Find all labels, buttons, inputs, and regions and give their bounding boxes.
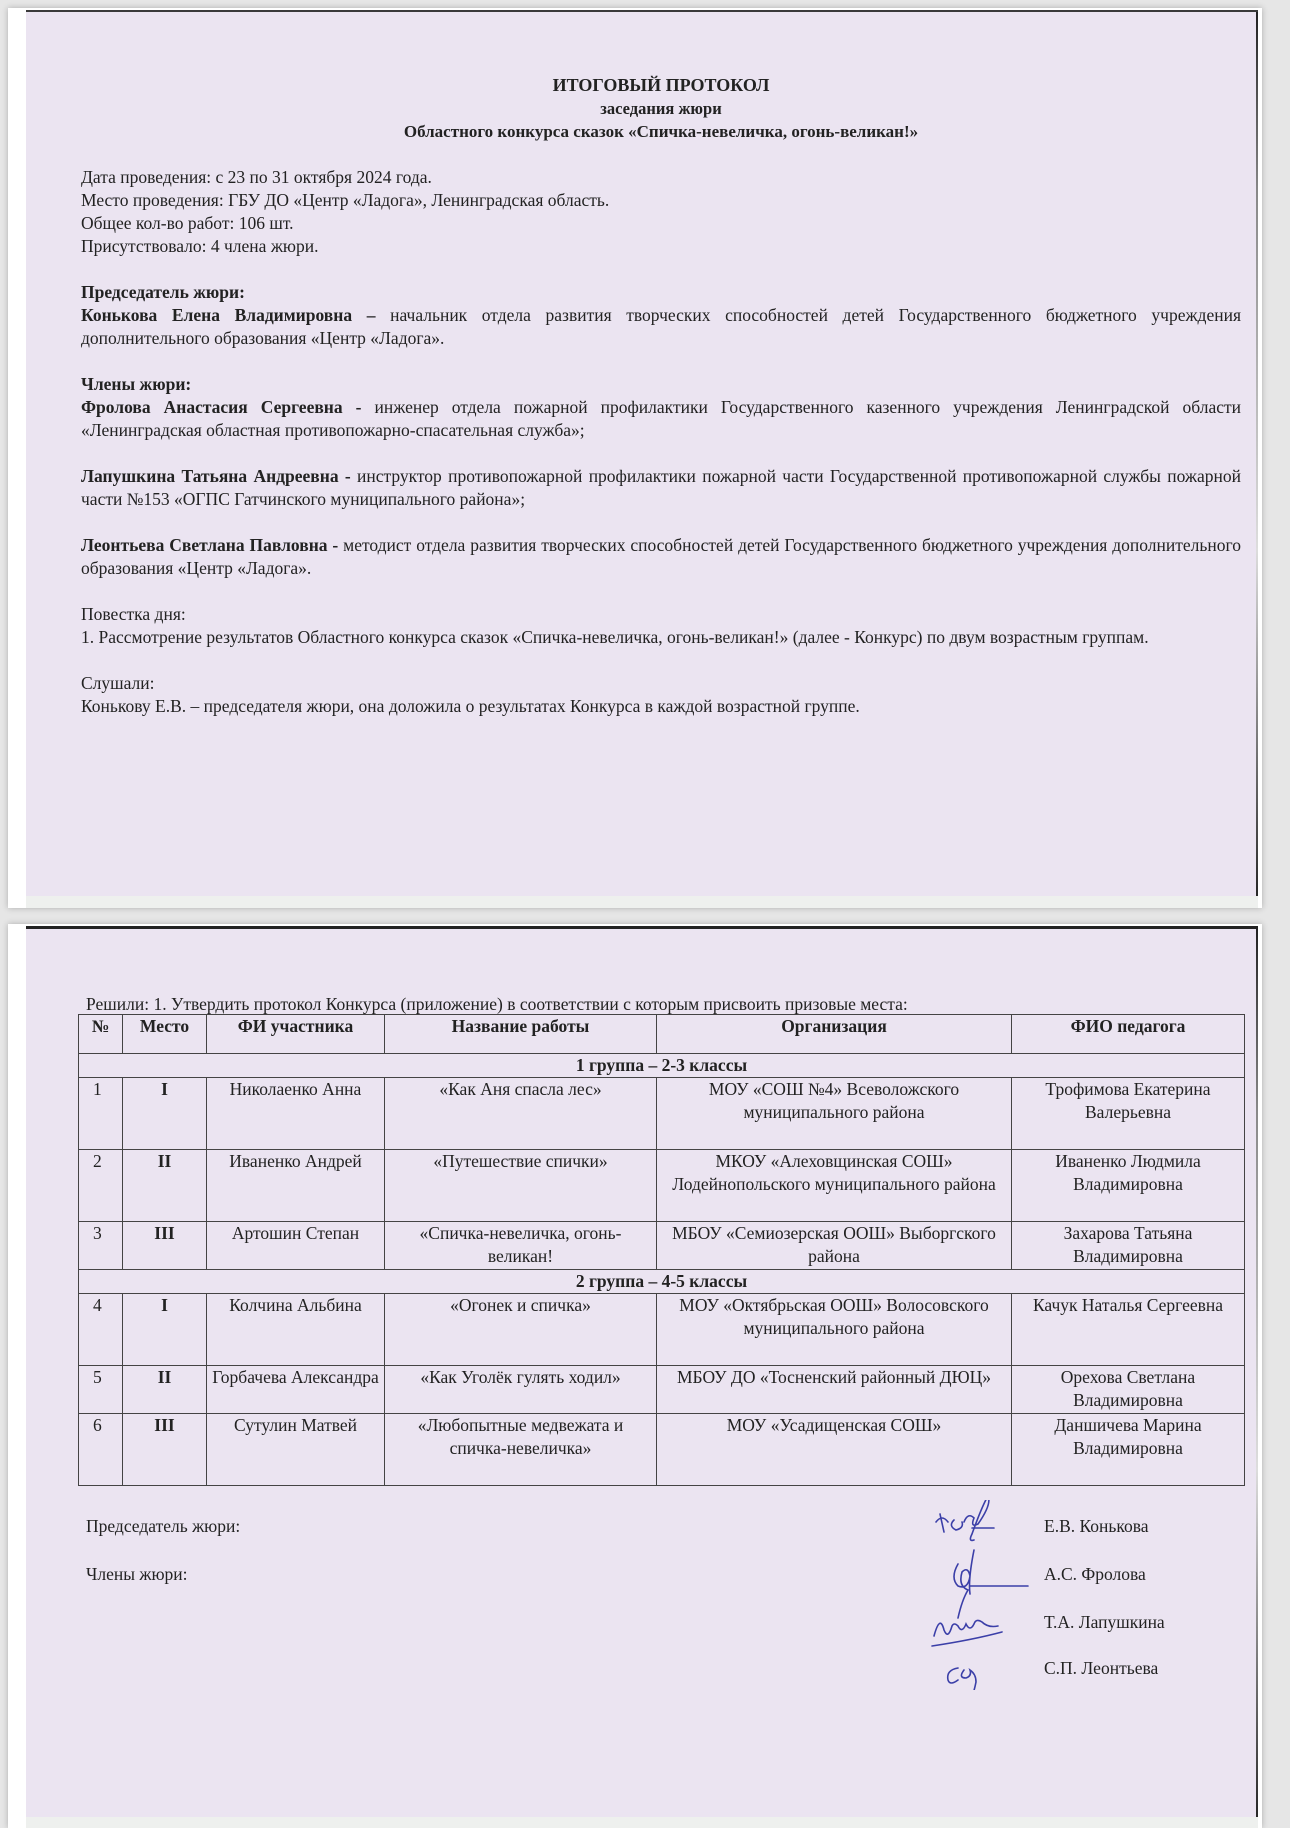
page-edge — [1256, 929, 1258, 1828]
cell-teacher: Трофимова Екатерина Валерьевна — [1012, 1078, 1245, 1150]
cell-number: 6 — [79, 1414, 123, 1486]
col-header-place: Место — [123, 1015, 207, 1054]
info-date: Дата проведения: с 23 по 31 октября 2024… — [81, 166, 1241, 189]
group-row: 2 группа – 4-5 классы — [79, 1270, 1245, 1294]
chair-entry: Конькова Елена Владимировна – начальник … — [81, 304, 1241, 350]
col-header-number: № — [79, 1015, 123, 1054]
cell-organization: МБОУ ДО «Тосненский районный ДЮЦ» — [657, 1366, 1012, 1414]
group-label: 2 группа – 4-5 классы — [79, 1270, 1245, 1294]
chair-block: Председатель жюри: Конькова Елена Владим… — [81, 281, 1241, 350]
cell-number: 3 — [79, 1222, 123, 1270]
cell-place: II — [123, 1366, 207, 1414]
heard-heading: Слушали: — [81, 672, 1241, 695]
document-title-block: ИТОГОВЫЙ ПРОТОКОЛ заседания жюри Областн… — [81, 74, 1241, 143]
signature-name-member: А.С. Фролова — [1044, 1564, 1146, 1585]
table-row: 2 II Иваненко Андрей «Путешествие спички… — [79, 1150, 1245, 1222]
page-1: ИТОГОВЫЙ ПРОТОКОЛ заседания жюри Областн… — [8, 8, 1262, 908]
page-2-content: Решили: 1. Утвердить протокол Конкурса (… — [78, 994, 1244, 1486]
cell-organization: МОУ «Усадищенская СОШ» — [657, 1414, 1012, 1486]
agenda-heading: Повестка дня: — [81, 603, 1241, 626]
info-block: Дата проведения: с 23 по 31 октября 2024… — [81, 166, 1241, 258]
chair-heading: Председатель жюри: — [81, 281, 1241, 304]
page-1-content: ИТОГОВЫЙ ПРОТОКОЛ заседания жюри Областн… — [81, 74, 1241, 718]
info-place: Место проведения: ГБУ ДО «Центр «Ладога»… — [81, 189, 1241, 212]
table-row: 1 I Николаенко Анна «Как Аня спасла лес»… — [79, 1078, 1245, 1150]
cell-participant: Колчина Альбина — [207, 1294, 385, 1366]
info-count: Общее кол-во работ: 106 шт. — [81, 212, 1241, 235]
cell-organization: МБОУ «Семиозерская ООШ» Выборгского райо… — [657, 1222, 1012, 1270]
cell-number: 1 — [79, 1078, 123, 1150]
cell-participant: Сутулин Матвей — [207, 1414, 385, 1486]
cell-teacher: Орехова Светлана Владимировна — [1012, 1366, 1245, 1414]
cell-teacher: Иваненко Людмила Владимировна — [1012, 1150, 1245, 1222]
scan-margin — [26, 1817, 1258, 1828]
members-block: Члены жюри: Фролова Анастасия Сергеевна … — [81, 373, 1241, 580]
members-signature-label: Члены жюри: — [86, 1564, 188, 1585]
col-header-organization: Организация — [657, 1015, 1012, 1054]
agenda-block: Повестка дня: 1. Рассмотрение результато… — [81, 603, 1241, 649]
member-name: Фролова Анастасия Сергеевна - — [81, 397, 361, 417]
decision-text: Решили: 1. Утвердить протокол Конкурса (… — [86, 994, 1244, 1014]
cell-work: «Как Уголёк гулять ходил» — [385, 1366, 657, 1414]
cell-work: «Как Аня спасла лес» — [385, 1078, 657, 1150]
col-header-participant: ФИ участника — [207, 1015, 385, 1054]
members-heading: Члены жюри: — [81, 373, 1241, 396]
cell-teacher: Качук Наталья Сергеевна — [1012, 1294, 1245, 1366]
cell-number: 2 — [79, 1150, 123, 1222]
contest-name: Областного конкурса сказок «Спичка-невел… — [81, 120, 1241, 143]
col-header-work: Название работы — [385, 1015, 657, 1054]
cell-organization: МОУ «СОШ №4» Всеволожского муниципальног… — [657, 1078, 1012, 1150]
col-header-teacher: ФИО педагога — [1012, 1015, 1245, 1054]
member-name: Леонтьева Светлана Павловна - — [81, 535, 338, 555]
handwritten-signatures-icon — [928, 1500, 1038, 1690]
member-entry: Леонтьева Светлана Павловна - методист о… — [81, 534, 1241, 580]
document-subtitle: заседания жюри — [81, 97, 1241, 120]
table-row: 6 III Сутулин Матвей «Любопытные медвежа… — [79, 1414, 1245, 1486]
cell-number: 5 — [79, 1366, 123, 1414]
table-row: 4 I Колчина Альбина «Огонек и спичка» МО… — [79, 1294, 1245, 1366]
table-header-row: № Место ФИ участника Название работы Орг… — [79, 1015, 1245, 1054]
cell-teacher: Даншичева Марина Владимировна — [1012, 1414, 1245, 1486]
signature-name-member: Т.А. Лапушкина — [1044, 1612, 1165, 1633]
heard-block: Слушали: Конькову Е.В. – председателя жю… — [81, 672, 1241, 718]
cell-organization: МОУ «Октябрьская ООШ» Волосовского муниц… — [657, 1294, 1012, 1366]
cell-participant: Иваненко Андрей — [207, 1150, 385, 1222]
cell-organization: МКОУ «Алеховщинская СОШ» Лодейнопольског… — [657, 1150, 1012, 1222]
signature-name-chair: Е.В. Конькова — [1044, 1516, 1149, 1537]
document-title: ИТОГОВЫЙ ПРОТОКОЛ — [81, 74, 1241, 97]
chair-name: Конькова Елена Владимировна – — [81, 305, 375, 325]
table-row: 5 II Горбачева Александра «Как Уголёк гу… — [79, 1366, 1245, 1414]
agenda-text: 1. Рассмотрение результатов Областного к… — [81, 626, 1241, 649]
cell-place: II — [123, 1150, 207, 1222]
cell-work: «Путешествие спички» — [385, 1150, 657, 1222]
scan-margin — [26, 896, 1258, 908]
page-edge — [1256, 12, 1258, 908]
heard-text: Конькову Е.В. – председателя жюри, она д… — [81, 695, 1241, 718]
page-2: Решили: 1. Утвердить протокол Конкурса (… — [8, 924, 1262, 1828]
cell-participant: Артошин Степан — [207, 1222, 385, 1270]
member-entry: Фролова Анастасия Сергеевна - инженер от… — [81, 396, 1241, 442]
cell-work: «Любопытные медвежата и спичка-невеличка… — [385, 1414, 657, 1486]
table-row: 3 III Артошин Степан «Спичка-невеличка, … — [79, 1222, 1245, 1270]
cell-work: «Огонек и спичка» — [385, 1294, 657, 1366]
cell-place: III — [123, 1414, 207, 1486]
cell-participant: Горбачева Александра — [207, 1366, 385, 1414]
cell-place: III — [123, 1222, 207, 1270]
chair-signature-label: Председатель жюри: — [86, 1516, 240, 1537]
results-table: № Место ФИ участника Название работы Орг… — [78, 1014, 1245, 1486]
group-row: 1 группа – 2-3 классы — [79, 1054, 1245, 1078]
signature-name-member: С.П. Леонтьева — [1044, 1658, 1158, 1679]
cell-place: I — [123, 1078, 207, 1150]
member-entry: Лапушкина Татьяна Андреевна - инструктор… — [81, 465, 1241, 511]
member-name: Лапушкина Татьяна Андреевна - — [81, 466, 351, 486]
group-label: 1 группа – 2-3 классы — [79, 1054, 1245, 1078]
cell-number: 4 — [79, 1294, 123, 1366]
cell-participant: Николаенко Анна — [207, 1078, 385, 1150]
cell-work: «Спичка-невеличка, огонь-великан! — [385, 1222, 657, 1270]
cell-teacher: Захарова Татьяна Владимировна — [1012, 1222, 1245, 1270]
info-present: Присутствовало: 4 члена жюри. — [81, 235, 1241, 258]
cell-place: I — [123, 1294, 207, 1366]
